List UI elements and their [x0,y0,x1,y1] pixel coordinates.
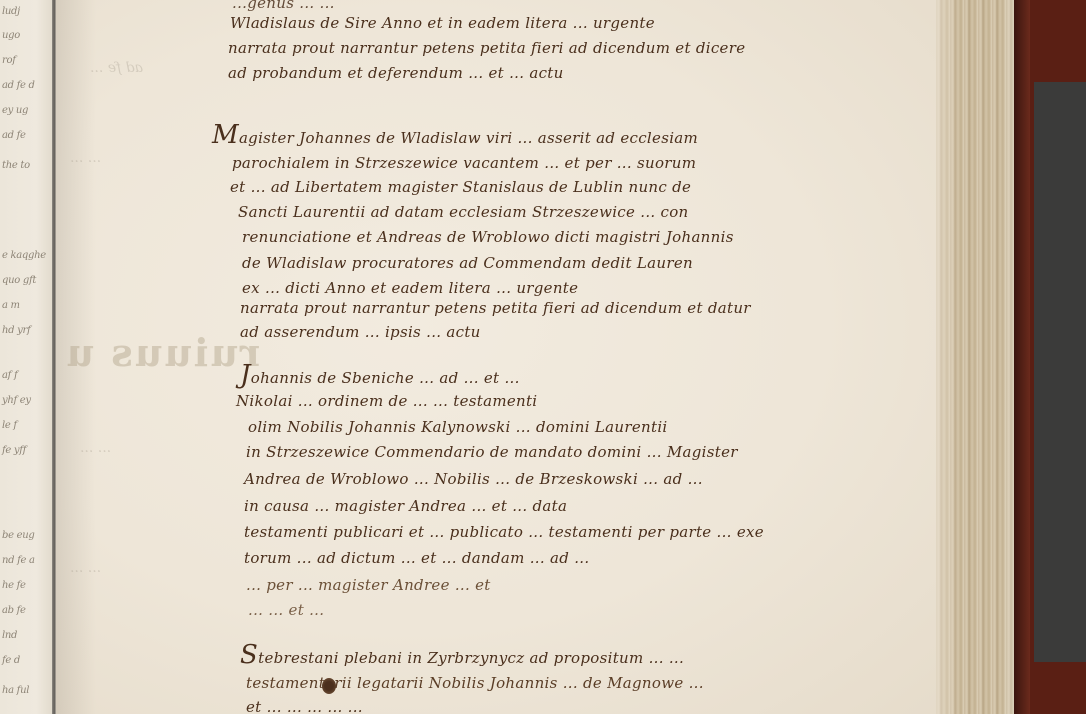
manuscript-line: olim Nobilis Johannis Kalynowski ... dom… [248,418,668,436]
manuscript-line: Johannis de Sbeniche ... ad ... et ... [240,360,520,390]
left-fragment: a m [2,300,52,311]
page-block-fore-edge [936,0,1014,714]
left-fragment: rof [2,55,52,66]
manuscript-line: Magister Johannes de Wladislaw viri ... … [212,120,698,150]
manuscript-line: et ... ad Libertatem magister Stanislaus… [230,178,691,196]
left-fragment: le f [2,420,52,431]
manuscript-line: Wladislaus de Sire Anno et in eadem lite… [230,14,655,32]
manuscript-line: torum ... ad dictum ... et ... dandam ..… [244,549,589,567]
manuscript-line: testamentarii legatarii Nobilis Johannis… [246,674,704,692]
ink-blot [322,678,336,694]
left-fragment: quo gft [2,275,52,286]
manuscript-line: ad asserendum ... ipsis ... actu [240,323,481,341]
ghost-text: ... ... [80,440,111,456]
manuscript-line: testamenti publicari et ... publicato ..… [244,523,764,541]
manuscript-line: narrata prout narrantur petens petita fi… [240,299,751,317]
left-fragment: ludj [2,6,52,17]
left-fragment: hd yrf [2,325,52,336]
manuscript-line: de Wladislaw procuratores ad Commendam d… [242,254,693,272]
left-fragment: the to [2,160,52,171]
left-fragment: he fe [2,580,52,591]
manuscript-line: in Strzeszewice Commendario de mandato d… [246,443,738,461]
left-fragment: fe yff [2,445,52,456]
manuscript-line: parochialem in Strzeszewice vacantem ...… [232,154,696,172]
manuscript-line: Sancti Laurentii ad datam ecclesiam Strz… [238,203,689,221]
left-fragment: ad fe d [2,80,52,91]
manuscript-line: in causa ... magister Andrea ... et ... … [244,497,567,515]
left-fragment: ugo [2,30,52,41]
left-fragment: e kaqghe [2,250,52,261]
manuscript-line: ex ... dicti Anno et eadem litera ... ur… [242,279,578,297]
left-fragment: lnd [2,630,52,641]
manuscript-line: narrata prout narrantur petens petita fi… [228,39,745,57]
left-fragment: yhf ey [2,395,52,406]
showthrough-heading: ruiuus u q ucuu [60,330,260,380]
left-fragment: ab fe [2,605,52,616]
manuscript-line: Andrea de Wroblowo ... Nobilis ... de Br… [244,470,703,488]
manuscript-line: renunciatione et Andreas de Wroblowo dic… [242,228,734,246]
left-fragment: af f [2,370,52,381]
ghost-text: ad fe ... [90,60,143,76]
left-fragment: ad fe [2,130,52,141]
manuscript-line: ad probandum et deferendum ... et ... ac… [228,64,564,82]
left-fragment: fe d [2,655,52,666]
manuscript-line: ... ... et ... [248,601,324,619]
ghost-text: ... ... [70,560,101,576]
manuscript-line: et ... ... ... ... ... [246,698,363,714]
ghost-text: ... ... [70,150,101,166]
left-fragment: ey ug [2,105,52,116]
manuscript-line: Stebrestani plebani in Zyrbrzynycz ad pr… [240,640,684,670]
manuscript-line: ... per ... magister Andree ... et [246,576,491,594]
manuscript-photo: ludj ugo rof ad fe d ey ug ad fe the to … [0,0,1086,714]
adjacent-left-page: ludj ugo rof ad fe d ey ug ad fe the to … [0,0,52,714]
left-fragment: be eug [2,530,52,541]
left-fragment: nd fe a [2,555,52,566]
dark-backdrop [1034,82,1086,662]
manuscript-line: Nikolai ... ordinem de ... ... testament… [236,392,537,410]
cover-edge [1014,0,1030,714]
manuscript-line: ...genus ... ... [232,0,335,12]
left-fragment: ha ful [2,685,52,696]
